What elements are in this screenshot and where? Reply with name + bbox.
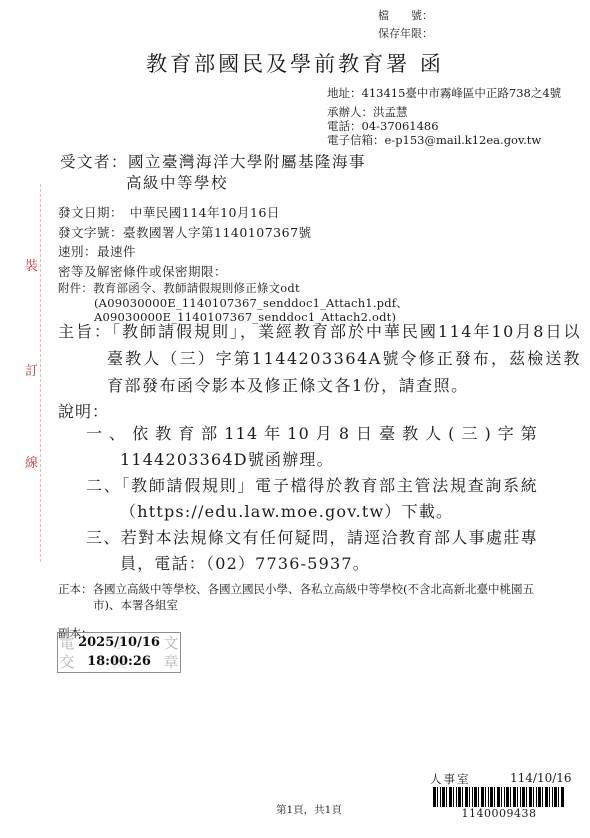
stamp-datetime: 2025/10/16 18:00:26 — [72, 634, 166, 671]
official-letter-page: 檔 號： 保存年限： 教育部國民及學前教育署 函 地址：413415臺中市霧峰區… — [0, 0, 590, 838]
recipient-block: 受文者：國立臺灣海洋大學附屬基隆海事 高級中等學校 — [60, 152, 366, 194]
speed-level: 速別：最速件 — [58, 242, 312, 262]
footer-date: 114/10/16 — [510, 771, 572, 785]
barcode — [433, 787, 565, 807]
sender-address: 地址：413415臺中市霧峰區中正路738之4號 — [327, 86, 561, 100]
binding-mark-zhuang: 裝 — [25, 255, 38, 274]
recipient-line2: 高級中等學校 — [60, 173, 366, 194]
issue-date: 發文日期： 中華民國114年10月16日 — [58, 203, 312, 223]
sender-email: 電子信箱：e-p153@mail.k12ea.gov.tw — [327, 133, 561, 147]
electronic-exchange-stamp: 電交 文章 子換 2025/10/16 18:00:26 — [57, 632, 181, 673]
binding-mark-xian: 線 — [25, 452, 38, 471]
security-level: 密等及解密條件或保密期限： — [58, 262, 312, 282]
sender-contact: 承辦人：洪孟慧 — [327, 105, 561, 119]
subject-paragraph: 主旨：「教師請假規則」，業經教育部於中華民國114年10月8日以臺教人（三）字第… — [58, 318, 581, 399]
page-number-info: 第1頁，共1頁 — [276, 802, 342, 817]
recipient-line1: 受文者：國立臺灣海洋大學附屬基隆海事 — [60, 152, 366, 173]
sender-phone: 電話：04-37061486 — [327, 119, 561, 133]
stamp-time: 18:00:26 — [72, 653, 166, 672]
barcode-number: 1140009438 — [433, 807, 565, 820]
description-item-2: 二、「教師請假規則」電子檔得於教育部主管法規查詢系統（https://edu.l… — [86, 473, 538, 525]
file-header: 檔 號： 保存年限： — [378, 7, 433, 43]
description-items: 一、依教育部114年10月8日臺教人(三)字第1144203364D號函辦理。 … — [86, 421, 538, 577]
description-item-1: 一、依教育部114年10月8日臺教人(三)字第1144203364D號函辦理。 — [86, 421, 538, 473]
document-title: 教育部國民及學前教育署 函 — [0, 48, 590, 78]
footer-office: 人事室 — [430, 771, 471, 787]
description-label: 說明： — [58, 399, 109, 422]
meta-block: 發文日期： 中華民國114年10月16日 發文字號：臺教國署人字第1140107… — [58, 203, 312, 281]
retention-label: 保存年限： — [378, 25, 433, 43]
binding-mark-ding: 訂 — [25, 360, 38, 379]
issue-number: 發文字號：臺教國署人字第1140107367號 — [58, 223, 312, 243]
file-no-label: 檔 號： — [378, 7, 433, 25]
description-item-3: 三、若對本法規條文有任何疑問，請逕洽教育部人事處莊專員，電話：（02）7736-… — [86, 525, 538, 577]
original-recipients: 正本：各國立高級中等學校、各國立國民小學、各私立高級中等學校(不含北高新北臺中桃… — [58, 582, 536, 613]
stamp-date: 2025/10/16 — [72, 634, 166, 653]
sender-block: 地址：413415臺中市霧峰區中正路738之4號 承辦人：洪孟慧 電話：04-3… — [327, 86, 561, 147]
binding-dashed-line — [40, 184, 41, 562]
